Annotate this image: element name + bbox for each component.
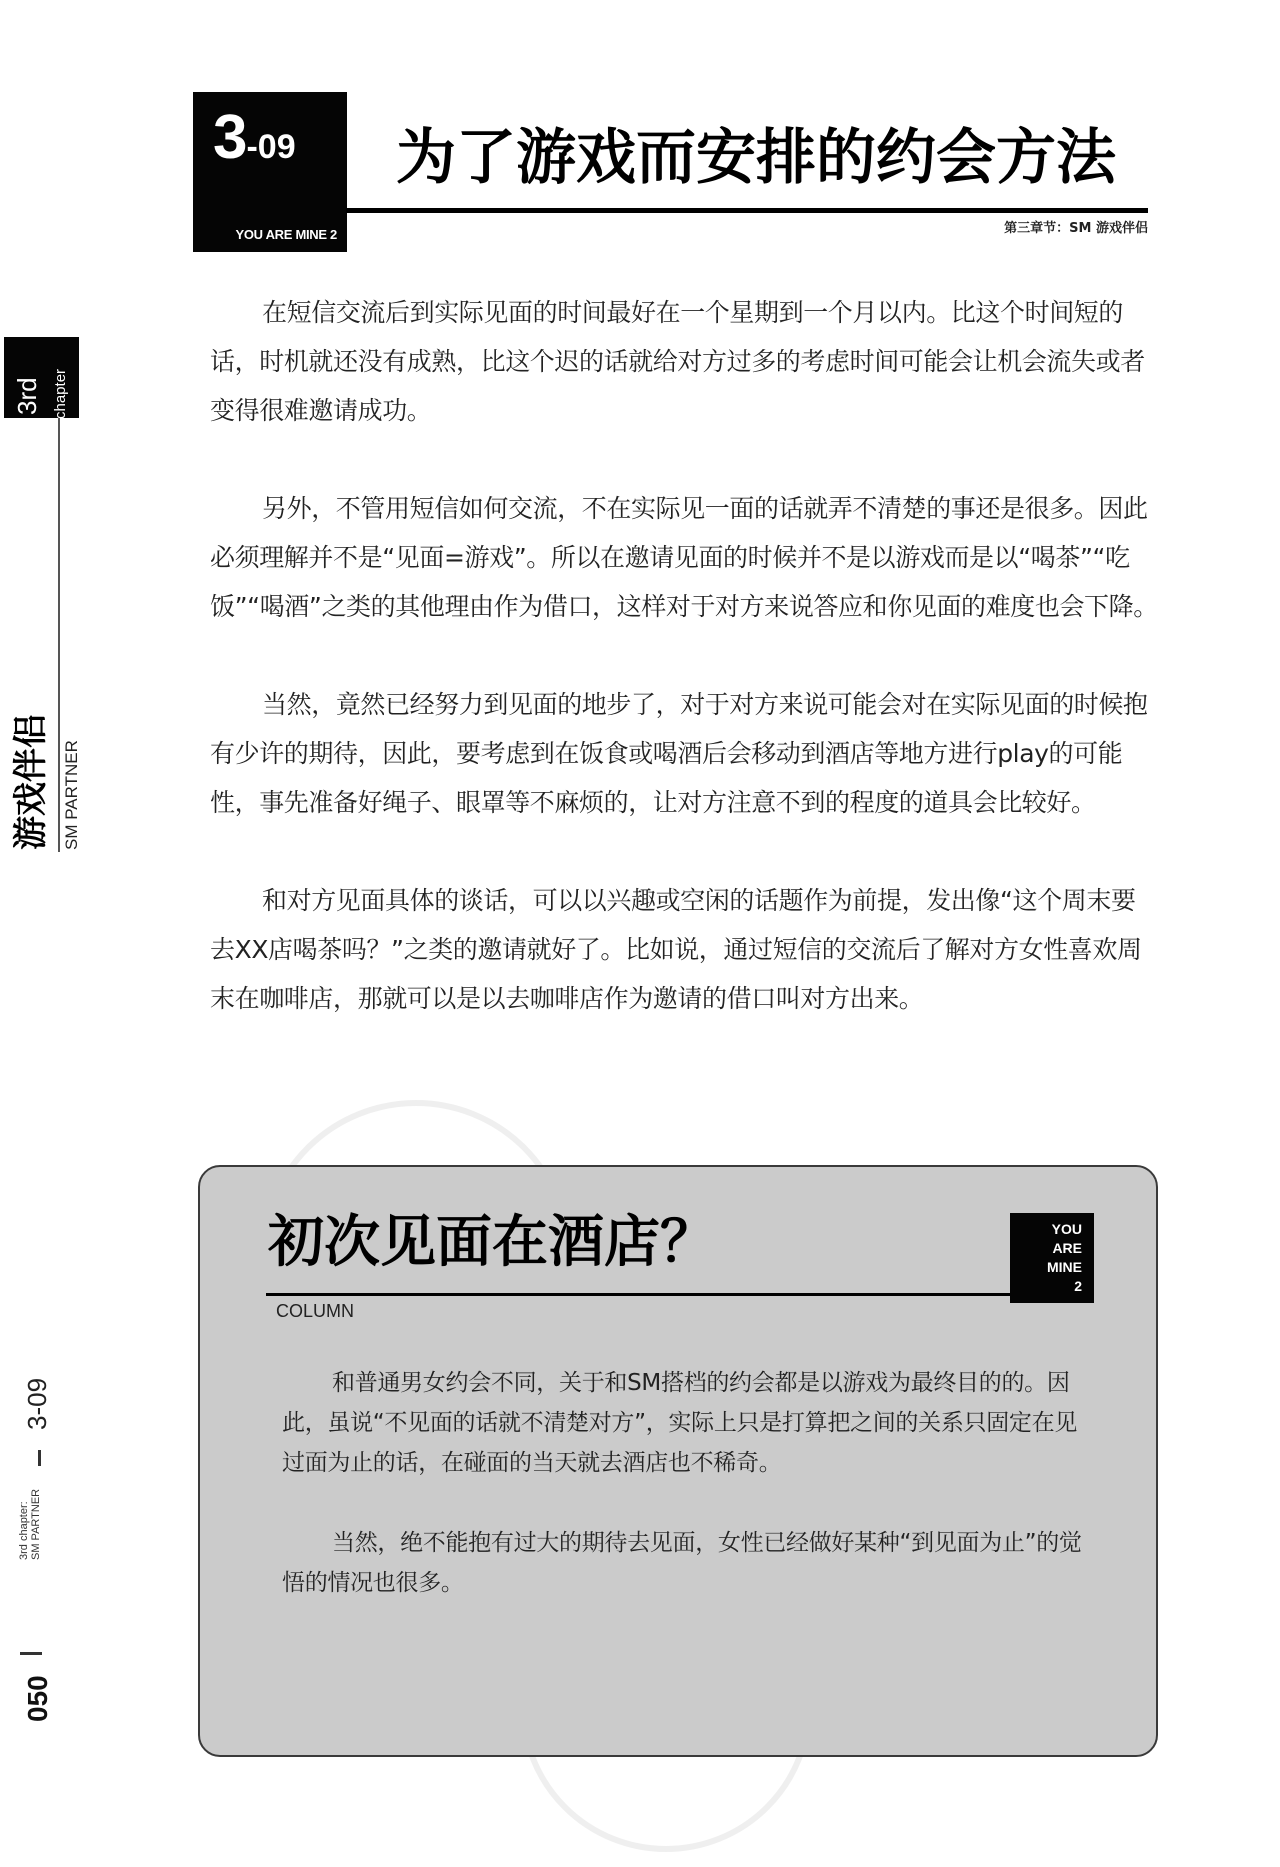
footer-chapter-label: 3rd chapter: SM PARTNER bbox=[18, 1489, 42, 1560]
column-title-divider bbox=[266, 1293, 1012, 1296]
column-box: 初次见面在酒店？ COLUMN YOU ARE MINE 2 和普通男女约会不同… bbox=[198, 1165, 1158, 1757]
chapter-tab-ordinal: 3rd bbox=[12, 377, 43, 415]
footer-chapter-line2: SM PARTNER bbox=[30, 1489, 42, 1560]
badge-line: ARE bbox=[1010, 1239, 1082, 1258]
paragraph: 另外，不管用短信如何交流，不在实际见一面的话就弄不清楚的事还是很多。因此必须理解… bbox=[210, 484, 1160, 631]
chapter-number-box: 3-09 YOU ARE MINE 2 bbox=[193, 92, 347, 252]
page-number: 050 bbox=[22, 1675, 54, 1722]
footer-section-number: 3-09 bbox=[22, 1378, 52, 1430]
chapter-tab: 3rd chapter bbox=[4, 337, 79, 418]
footer-separator bbox=[20, 1652, 42, 1655]
column-paragraph: 当然，绝不能抱有过大的期待去见面，女性已经做好某种“到见面为止”的觉悟的情况也很… bbox=[282, 1523, 1082, 1603]
title-divider bbox=[346, 208, 1148, 213]
paragraph: 当然，竟然已经努力到见面的地步了，对于对方来说可能会对在实际见面的时候抱有少许的… bbox=[210, 680, 1160, 827]
column-badge: YOU ARE MINE 2 bbox=[1010, 1213, 1094, 1303]
article-body: 在短信交流后到实际见面的时间最好在一个星期到一个月以内。比这个时间短的话，时机就… bbox=[210, 288, 1160, 1072]
chapter-tab-word: chapter bbox=[52, 369, 69, 419]
chapter-number-sub: -09 bbox=[246, 128, 295, 166]
paragraph: 在短信交流后到实际见面的时间最好在一个星期到一个月以内。比这个时间短的话，时机就… bbox=[210, 288, 1160, 435]
badge-line: 2 bbox=[1010, 1277, 1082, 1296]
sidebar-section-cn: 游戏伴侣 bbox=[12, 714, 50, 850]
badge-line: YOU bbox=[1010, 1220, 1082, 1239]
footer-chapter-line1: 3rd chapter: bbox=[18, 1489, 30, 1560]
column-body: 和普通男女约会不同，关于和SM搭档的约会都是以游戏为最终目的的。因此，虽说“不见… bbox=[282, 1363, 1082, 1643]
sidebar-divider bbox=[58, 418, 60, 852]
column-title: 初次见面在酒店？ bbox=[268, 1207, 716, 1279]
badge-line: MINE bbox=[1010, 1258, 1082, 1277]
paragraph: 和对方见面具体的谈话，可以以兴趣或空闲的话题作为前提，发出像“这个周末要去XX店… bbox=[210, 876, 1160, 1023]
column-paragraph: 和普通男女约会不同，关于和SM搭档的约会都是以游戏为最终目的的。因此，虽说“不见… bbox=[282, 1363, 1082, 1483]
chapter-number-main: 3 bbox=[213, 103, 246, 172]
chapter-number: 3-09 bbox=[213, 102, 296, 173]
chapter-box-label: YOU ARE MINE 2 bbox=[235, 227, 337, 242]
chapter-subtitle: 第三章节：SM 游戏伴侣 bbox=[1004, 217, 1148, 236]
sidebar-section-en: SM PARTNER bbox=[62, 740, 82, 850]
footer-separator bbox=[38, 1450, 41, 1466]
page-title: 为了游戏而安排的约会方法 bbox=[396, 118, 1156, 198]
column-label: COLUMN bbox=[276, 1301, 354, 1322]
